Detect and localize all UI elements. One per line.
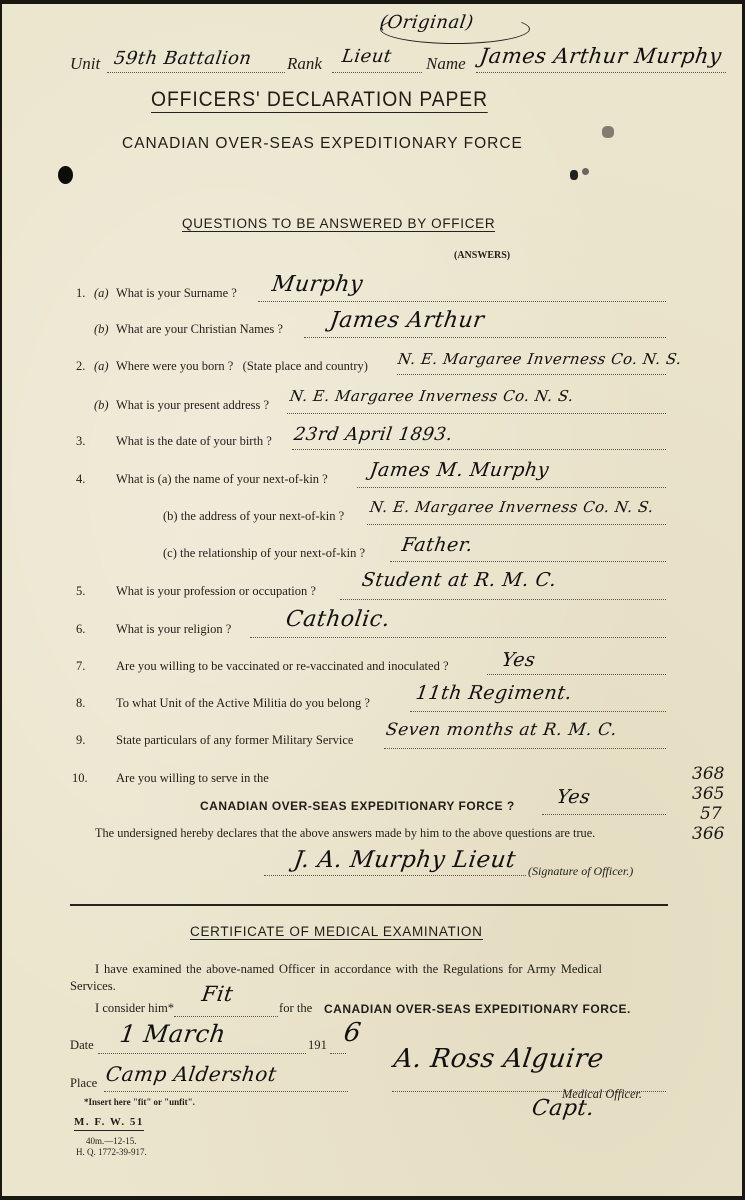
answer-militia-unit[interactable]: 11th Regiment. bbox=[414, 682, 573, 704]
name-value: James Arthur Murphy bbox=[478, 44, 723, 68]
margin-note: 365 bbox=[692, 784, 724, 804]
margin-note: 57 bbox=[700, 804, 722, 824]
date-line bbox=[98, 1053, 306, 1054]
consider-label: I consider him* bbox=[95, 1001, 174, 1016]
year-suffix[interactable]: 6 bbox=[342, 1018, 363, 1048]
form-hq-number: H. Q. 1772-39-917. bbox=[76, 1147, 147, 1157]
form-print-run: 40m.—12-15. bbox=[86, 1136, 137, 1146]
question-sub: (b) bbox=[94, 322, 109, 337]
question-vaccination: Are you willing to be vaccinated or re-v… bbox=[116, 659, 449, 674]
question-force-line: CANADIAN OVER-SEAS EXPEDITIONARY FORCE ? bbox=[200, 799, 515, 813]
answer-line bbox=[340, 599, 666, 600]
unit-dotted-line bbox=[107, 72, 285, 73]
ink-blot bbox=[582, 168, 589, 175]
margin-note: 366 bbox=[692, 824, 724, 844]
place-label: Place bbox=[70, 1076, 97, 1091]
question-present-address: What is your present address ? bbox=[116, 398, 269, 413]
place-value[interactable]: Camp Aldershot bbox=[104, 1062, 278, 1086]
answer-birthplace[interactable]: N. E. Margaree Inverness Co. N. S. bbox=[397, 350, 683, 368]
question-occupation: What is your profession or occupation ? bbox=[116, 584, 316, 599]
answer-line bbox=[487, 674, 666, 675]
answer-line bbox=[367, 524, 666, 525]
question-number: 8. bbox=[76, 696, 85, 711]
question-birth-date: What is the date of your birth ? bbox=[116, 434, 272, 449]
answer-christian-names[interactable]: James Arthur bbox=[328, 308, 486, 333]
question-birthplace: Where were you born ? (State place and c… bbox=[116, 359, 368, 374]
answer-line bbox=[250, 637, 666, 638]
answer-line bbox=[287, 413, 666, 414]
answer-kin-name[interactable]: James M. Murphy bbox=[368, 459, 550, 481]
answer-line bbox=[304, 337, 666, 338]
medical-paragraph-cont: Services. bbox=[70, 979, 116, 994]
declaration-text: The undersigned hereby declares that the… bbox=[95, 826, 595, 841]
answer-willing-to-serve[interactable]: Yes bbox=[555, 786, 591, 808]
answer-line bbox=[397, 374, 666, 375]
declaration-paper: (Original) Unit 59th Battalion Rank Lieu… bbox=[2, 4, 742, 1196]
question-kin-name: What is (a) the name of your next-of-kin… bbox=[116, 472, 328, 487]
medical-paragraph: I have examined the above-named Officer … bbox=[95, 962, 602, 977]
answer-religion[interactable]: Catholic. bbox=[284, 607, 392, 632]
date-value[interactable]: 1 March bbox=[118, 1020, 228, 1048]
document-title: OFFICERS' DECLARATION PAPER bbox=[151, 88, 488, 113]
question-kin-relationship: (c) the relationship of your next-of-kin… bbox=[163, 546, 365, 561]
answer-line bbox=[292, 449, 666, 450]
officer-signature-line bbox=[264, 875, 526, 876]
question-christian-names: What are your Christian Names ? bbox=[116, 322, 283, 337]
answer-kin-relationship[interactable]: Father. bbox=[400, 534, 474, 556]
answer-line bbox=[410, 711, 666, 712]
question-religion: What is your religion ? bbox=[116, 622, 231, 637]
unit-label: Unit bbox=[70, 54, 100, 74]
rank-value: Lieut bbox=[341, 46, 394, 67]
ink-blot bbox=[570, 170, 578, 180]
question-number: 2. bbox=[76, 359, 85, 374]
question-number: 9. bbox=[76, 733, 85, 748]
fitness-footnote: *Insert here "fit" or "unfit". bbox=[84, 1097, 195, 1107]
year-prefix: 191 bbox=[308, 1038, 327, 1053]
question-sub: (b) bbox=[94, 398, 109, 413]
consider-suffix: for the bbox=[279, 1001, 312, 1016]
question-number: 3. bbox=[76, 434, 85, 449]
question-sub: (a) bbox=[94, 286, 109, 301]
question-number: 6. bbox=[76, 622, 85, 637]
answer-present-address[interactable]: N. E. Margaree Inverness Co. N. S. bbox=[289, 387, 575, 405]
answers-label: (ANSWERS) bbox=[454, 250, 510, 261]
ink-blot bbox=[602, 126, 614, 138]
question-former-service: State particulars of any former Military… bbox=[116, 733, 353, 748]
answer-line bbox=[357, 487, 666, 488]
margin-note: 368 bbox=[692, 764, 724, 784]
question-willing-to-serve: Are you willing to serve in the bbox=[116, 771, 269, 786]
answer-line bbox=[390, 561, 666, 562]
consider-force: CANADIAN OVER-SEAS EXPEDITIONARY FORCE. bbox=[324, 1002, 631, 1016]
rank-dotted-line bbox=[332, 72, 422, 73]
answer-line bbox=[542, 814, 666, 815]
question-surname: What is your Surname ? bbox=[116, 286, 237, 301]
unit-value: 59th Battalion bbox=[113, 48, 254, 69]
question-kin-address: (b) the address of your next-of-kin ? bbox=[163, 509, 344, 524]
question-number: 4. bbox=[76, 472, 85, 487]
original-annotation-loop bbox=[380, 14, 530, 44]
answer-surname[interactable]: Murphy bbox=[270, 272, 364, 297]
question-number: 10. bbox=[72, 771, 88, 786]
question-militia-unit: To what Unit of the Active Militia do yo… bbox=[116, 696, 370, 711]
name-label: Name bbox=[426, 54, 466, 74]
question-number: 1. bbox=[76, 286, 85, 301]
year-line bbox=[330, 1053, 346, 1054]
form-code: M. F. W. 51 bbox=[74, 1116, 144, 1131]
rank-label: Rank bbox=[287, 54, 322, 74]
question-number: 5. bbox=[76, 584, 85, 599]
force-subtitle: CANADIAN OVER-SEAS EXPEDITIONARY FORCE bbox=[122, 135, 523, 153]
question-sub: (a) bbox=[94, 359, 109, 374]
medical-officer-rank: Capt. bbox=[530, 1096, 596, 1121]
answer-birth-date[interactable]: 23rd April 1893. bbox=[293, 424, 455, 445]
answer-kin-address[interactable]: N. E. Margaree Inverness Co. N. S. bbox=[369, 498, 655, 516]
date-label: Date bbox=[70, 1038, 94, 1053]
answer-line bbox=[258, 301, 666, 302]
name-dotted-line bbox=[476, 72, 726, 73]
questions-heading: QUESTIONS TO BE ANSWERED BY OFFICER bbox=[182, 216, 495, 232]
officer-signature-label: (Signature of Officer.) bbox=[528, 864, 633, 879]
question-number: 7. bbox=[76, 659, 85, 674]
medical-heading: CERTIFICATE OF MEDICAL EXAMINATION bbox=[190, 924, 483, 940]
answer-former-service[interactable]: Seven months at R. M. C. bbox=[385, 720, 619, 740]
answer-occupation[interactable]: Student at R. M. C. bbox=[360, 569, 558, 591]
officer-signature[interactable]: J. A. Murphy Lieut bbox=[292, 847, 517, 873]
answer-line bbox=[384, 748, 666, 749]
section-divider bbox=[70, 904, 668, 906]
fitness-value[interactable]: Fit bbox=[200, 982, 235, 1006]
answer-vaccination[interactable]: Yes bbox=[500, 649, 536, 671]
fitness-line bbox=[174, 1016, 278, 1017]
medical-officer-signature[interactable]: A. Ross Alguire bbox=[392, 1044, 606, 1074]
punch-hole bbox=[58, 166, 73, 184]
place-line bbox=[104, 1091, 348, 1092]
